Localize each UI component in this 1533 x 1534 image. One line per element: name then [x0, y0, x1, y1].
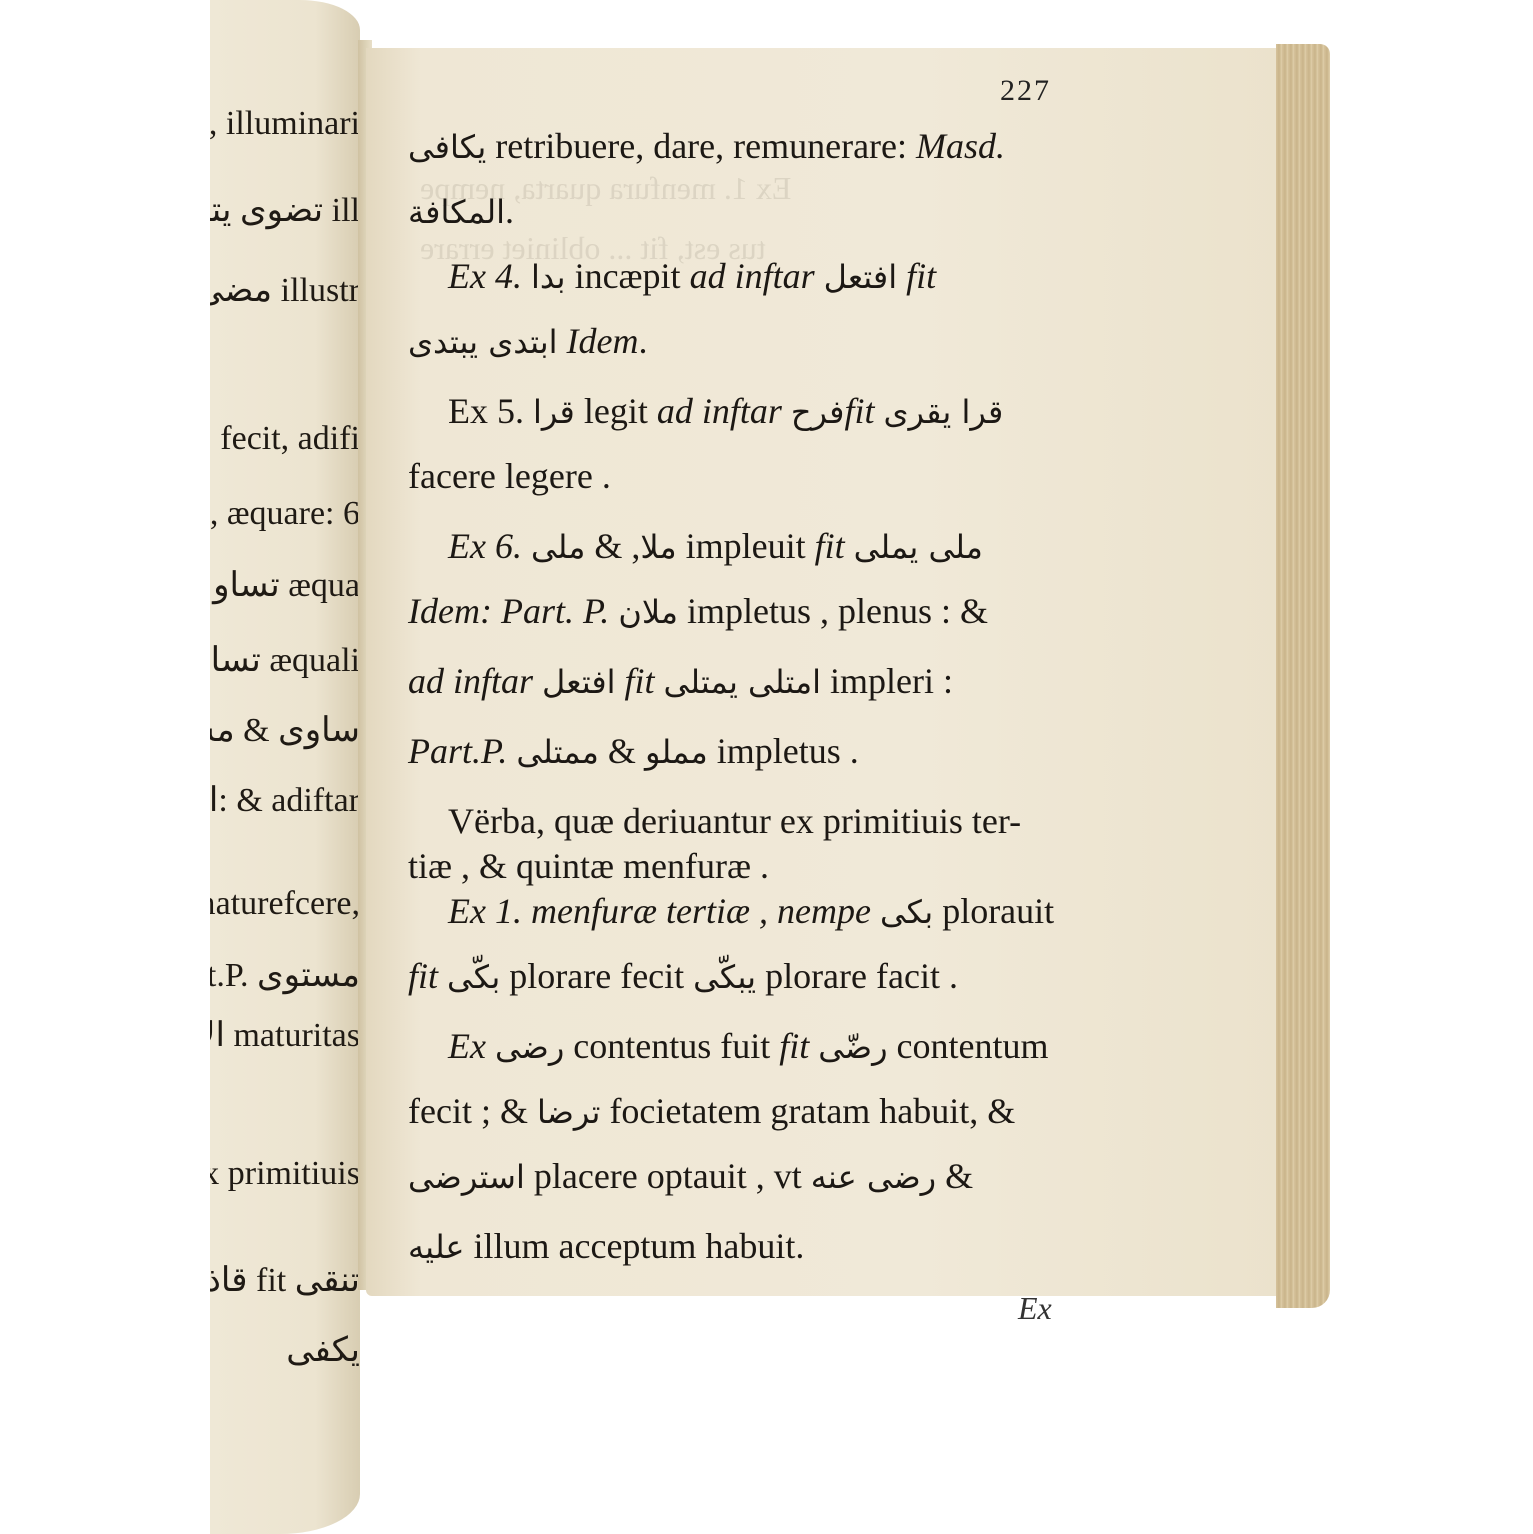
latin-text: retribuere, dare, remunerare:	[486, 126, 916, 166]
latin-text: Part.P.	[408, 731, 516, 771]
text-line: fit بكّى plorare fecit يبكّى plorare fac…	[408, 958, 1108, 994]
latin-text: plorauit	[933, 891, 1054, 931]
text-line: استرضى placere optauit , vt رضى عنه &	[408, 1158, 1108, 1194]
left-page-line: الاسّتوا maturitas	[210, 1015, 360, 1055]
left-page-line: مضى & ,م illustr	[210, 270, 360, 310]
left-page-line: it, fecit, adifi	[210, 420, 360, 458]
arabic-term: المكافة	[408, 193, 505, 231]
text-line: عليه illum acceptum habuit.	[408, 1228, 1108, 1264]
latin-text: .	[505, 191, 514, 231]
latin-text: impletus .	[708, 731, 859, 771]
latin-text: impletus , plenus : &	[678, 591, 988, 631]
arabic-term: عليه	[408, 1228, 465, 1266]
page-fore-edge	[1276, 44, 1330, 1308]
text-line: يكافى retribuere, dare, remunerare: Masd…	[408, 128, 1108, 164]
text-line: Ex 1. menfuræ tertiæ , nempe بكى ploraui…	[448, 893, 1148, 929]
arabic-term: يكافى	[408, 128, 486, 166]
arabic-term: بكى	[880, 893, 933, 931]
left-page-line: r ex primitiuis	[210, 1155, 360, 1193]
latin-text: Ex 1. menfuræ tertiæ , nempe	[448, 891, 880, 931]
page-number: 227	[1000, 74, 1051, 108]
arabic-term: افتعل	[824, 258, 898, 296]
latin-text: , &	[585, 526, 640, 566]
latin-text: contentum	[888, 1026, 1049, 1066]
text-line: fecit ; & ترضا focietatem gratam habuit,…	[408, 1093, 1108, 1129]
book-photograph: Idem, illuminariتضوى يتضوى illمضى & ,م i…	[0, 0, 1533, 1534]
arabic-term: قرا يقرى	[883, 393, 1003, 431]
left-page-line: ar قاذل fit تنقى	[210, 1260, 360, 1300]
text-line: ابتدى يبتدى Idem.	[408, 323, 1108, 359]
latin-text: plorare fecit	[500, 956, 693, 996]
latin-text: fecit ; &	[408, 1091, 537, 1131]
latin-text: Ex	[448, 1026, 495, 1066]
arabic-term: ابتدى يبتدى	[408, 323, 558, 361]
latin-text: focietatem gratam habuit, &	[600, 1091, 1015, 1131]
latin-text: Ex 6.	[448, 526, 531, 566]
latin-text: incæpit	[566, 256, 690, 296]
latin-text: facere legere .	[408, 456, 611, 496]
text-line: Vërba, quæ deriuantur ex primitiuis ter-	[448, 803, 1148, 839]
latin-text: &	[936, 1156, 973, 1196]
latin-text: &	[599, 731, 645, 771]
arabic-term: ملى يملى	[854, 528, 983, 566]
left-page-line: ساوى & مسا	[210, 710, 360, 750]
latin-text: .	[639, 321, 648, 361]
text-line: facere legere .	[408, 458, 1108, 494]
text-line: Ex 5. قرا legit ad inftar فرحfit قرا يقر…	[448, 393, 1148, 429]
text-line: المكافة.	[408, 193, 1108, 229]
left-page: Idem, illuminariتضوى يتضوى illمضى & ,م i…	[210, 0, 360, 1534]
arabic-term: مملو	[645, 733, 708, 771]
left-page-line: it تساوان æquali	[210, 640, 360, 680]
latin-text: impleri :	[821, 661, 953, 701]
latin-text: Idem: Part. P.	[408, 591, 618, 631]
arabic-term: ملا	[640, 528, 676, 566]
latin-text: fit	[779, 1026, 818, 1066]
latin-text: fit	[815, 526, 854, 566]
left-page-line: تضوى يتضوى ill	[210, 190, 360, 230]
latin-text: fit	[408, 956, 447, 996]
latin-text: ad inftar	[690, 256, 824, 296]
latin-text: fit	[844, 391, 883, 431]
left-page-line: m, æquare: 6	[210, 495, 360, 533]
arabic-term: فرح	[791, 393, 845, 431]
latin-text: ad inftar	[408, 661, 542, 701]
arabic-term: بدا	[531, 258, 566, 296]
text-line: tiæ , & quintæ menfuræ .	[408, 848, 1108, 884]
catchword: Ex	[1018, 1290, 1052, 1327]
arabic-term: امتلى يمتلى	[664, 663, 821, 701]
arabic-term: رضّى	[818, 1028, 887, 1066]
left-page-line: maturefcere,	[210, 885, 360, 923]
text-line: Ex رضى contentus fuit fit رضّى contentum	[448, 1028, 1148, 1064]
latin-text: tiæ , & quintæ menfuræ .	[408, 846, 769, 886]
text-line: ad inftar افتعل fit امتلى يمتلى impleri …	[408, 663, 1108, 699]
text-line: Part.P. مملو & ممتلى impletus .	[408, 733, 1108, 769]
arabic-term: يبكّى	[693, 958, 756, 996]
latin-text: ad inftar	[657, 391, 791, 431]
latin-text: fit	[616, 661, 664, 701]
arabic-term: قرا	[533, 393, 575, 431]
arabic-term: رضى عنه	[811, 1158, 936, 1196]
arabic-term: بكّى	[447, 958, 500, 996]
text-line: Idem: Part. P. ملان impletus , plenus : …	[408, 593, 1108, 629]
arabic-term: ملى	[531, 528, 585, 566]
latin-text: illum acceptum habuit.	[465, 1226, 805, 1266]
latin-text: plorare facit .	[756, 956, 958, 996]
arabic-term: ممتلى	[516, 733, 599, 771]
arabic-term: رضى	[495, 1028, 564, 1066]
latin-text: Masd.	[916, 126, 1005, 166]
latin-text: contentus fuit	[564, 1026, 779, 1066]
text-line: Ex 6. ملا, & ملى impleuit fit ملى يملى	[448, 528, 1148, 564]
left-page-line: يكفى	[286, 1330, 360, 1370]
text-line: Ex 4. بدا incæpit ad inftar افتعل fit	[448, 258, 1148, 294]
left-page-line: Idem, illuminari	[210, 105, 360, 143]
latin-text: placere optauit , vt	[525, 1156, 811, 1196]
latin-text: legit	[575, 391, 657, 431]
arabic-term: ملان	[618, 593, 678, 631]
left-page-line: النـ: & adiftar	[210, 780, 360, 820]
arabic-term: افتعل	[542, 663, 616, 701]
arabic-term: استرضى	[408, 1158, 525, 1196]
latin-text: Vërba, quæ deriuantur ex primitiuis ter-	[448, 801, 1021, 841]
left-page-line: ui: Part.P. مستوى	[210, 955, 360, 995]
latin-text: Ex 5.	[448, 391, 533, 431]
latin-text: Ex 4.	[448, 256, 531, 296]
latin-text: impleuit	[677, 526, 815, 566]
latin-text: fit	[897, 256, 936, 296]
latin-text: Idem	[558, 321, 639, 361]
left-page-line: تساوا ي æqua	[210, 565, 360, 605]
arabic-term: ترضا	[537, 1093, 600, 1131]
